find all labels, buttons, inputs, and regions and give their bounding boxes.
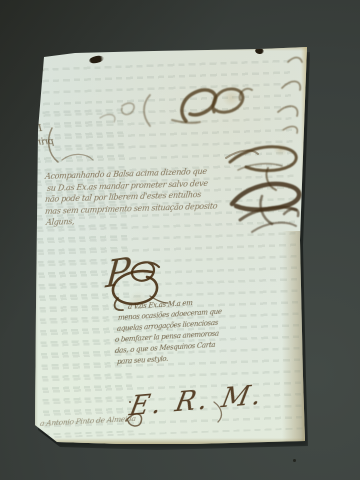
petition-initial: P	[104, 254, 131, 295]
manuscript-page: Ill.mo e Ex.mo Snr. Governador das Justi…	[34, 46, 308, 444]
backdrop-speck	[293, 459, 296, 462]
photo-stage: Ill.mo e Ex.mo Snr. Governador das Justi…	[0, 0, 360, 480]
